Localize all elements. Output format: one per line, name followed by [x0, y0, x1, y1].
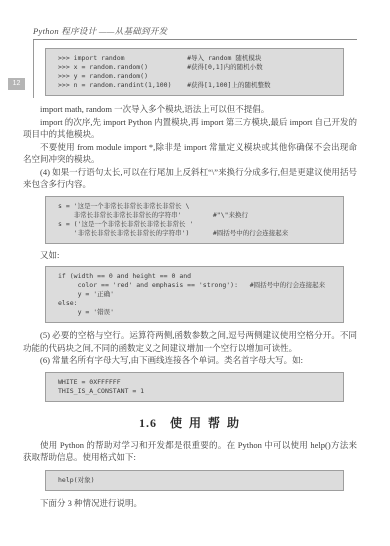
header-rule-tick — [33, 40, 34, 98]
section-heading-1-6: 1.6 使 用 帮 助 — [23, 416, 357, 431]
book-page: Python 程序设计 ——从基础到开发 12 >>> import rando… — [0, 0, 390, 546]
code-block-help-syntax: help(对象) — [45, 470, 344, 491]
page-content: >>> import random #导入 random 随机模块 >>> x … — [23, 48, 357, 509]
paragraph-again: 又如: — [23, 249, 357, 262]
page-header: Python 程序设计 ——从基础到开发 — [33, 26, 357, 40]
code-block-long-string: s = '这是一个非常长非常长非常长非常长 \ 非常长非常长非常长非常长的字符串… — [45, 196, 344, 244]
paragraph-help-follow: 下面分 3 种情况进行说明。 — [23, 497, 357, 510]
paragraph-help-intro: 使用 Python 的帮助对学习和开发都是很重要的。在 Python 中可以使用… — [23, 439, 357, 464]
paragraph-star-import: 不要使用 from module import *,除非是 import 常量定… — [23, 141, 357, 166]
code-block-if-parens: if (width == 0 and height == 0 and color… — [45, 266, 344, 323]
running-head-title: Python 程序设计 ——从基础到开发 — [33, 26, 357, 36]
page-number-badge: 12 — [8, 78, 25, 90]
paragraph-import-order: import 的次序,先 import Python 内置模块,再 import… — [23, 116, 357, 141]
paragraph-constants-rule: (6) 常量名所有字母大写,由下画线连接各个单词。类名首字母大写。如: — [23, 354, 357, 367]
paragraph-spaces-rule: (5) 必要的空格与空行。运算符两侧,函数参数之间,逗号两侧建议使用空格分开。不… — [23, 329, 357, 354]
section-number: 1.6 — [139, 416, 157, 430]
section-title: 使 用 帮 助 — [170, 416, 241, 430]
code-block-constants: WHITE = 0XFFFFFF THIS_IS_A_CONSTANT = 1 — [45, 372, 344, 402]
code-block-random-demo: >>> import random #导入 random 随机模块 >>> x … — [45, 48, 344, 96]
paragraph-import-multi: import math, random 一次导入多个模块,语法上可以但不提倡。 — [23, 103, 357, 116]
paragraph-line-break-rule: (4) 如果一行语句太长,可以在行尾加上反斜杠“\”来换行分成多行,但是更建议使… — [23, 166, 357, 191]
